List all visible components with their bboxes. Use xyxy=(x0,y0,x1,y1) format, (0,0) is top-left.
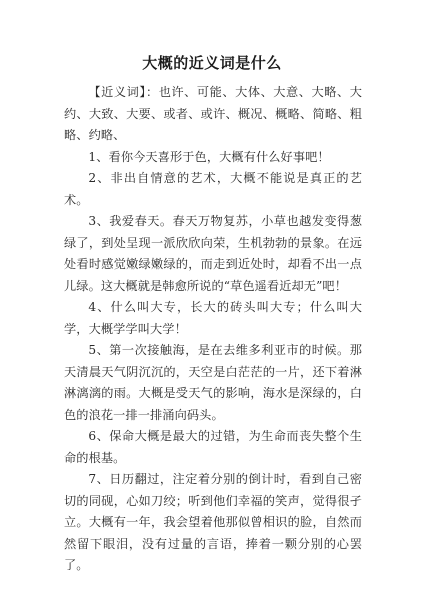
example-sentence-4: 4、什么叫大专，长大的砖头叫大专；什么叫大学，大概学学叫大学！ xyxy=(64,297,362,340)
document-body: 【近义词】：也许、可能、大体、大意、大略、大约、大致、大要、或者、或许、概况、概… xyxy=(64,82,362,577)
synonyms-paragraph: 【近义词】：也许、可能、大体、大意、大略、大约、大致、大要、或者、或许、概况、概… xyxy=(64,82,362,147)
example-sentence-1: 1、看你今天喜形于色，大概有什么好事吧！ xyxy=(64,147,362,169)
example-sentence-5: 5、第一次接触海，是在去维多利亚市的时候。那天清晨天气阴沉沉的，天空是白茫茫的一… xyxy=(64,340,362,426)
example-sentence-7: 7、日历翻过，注定着分别的倒计时，看到自己密切的同砚，心如刀绞；听到他们幸福的笑… xyxy=(64,469,362,577)
document-page: 大概的近义词是什么 【近义词】：也许、可能、大体、大意、大略、大约、大致、大要、… xyxy=(0,0,424,600)
example-sentence-3: 3、我爱春天。春天万物复苏，小草也越发变得葱绿了，到处呈现一派欣欣向荣，生机勃勃… xyxy=(64,211,362,297)
example-sentence-6: 6、保命大概是最大的过错，为生命而丧失整个生命的根基。 xyxy=(64,426,362,469)
document-title: 大概的近义词是什么 xyxy=(0,52,424,73)
example-sentence-2: 2、非出自情意的艺术，大概不能说是真正的艺术。 xyxy=(64,168,362,211)
